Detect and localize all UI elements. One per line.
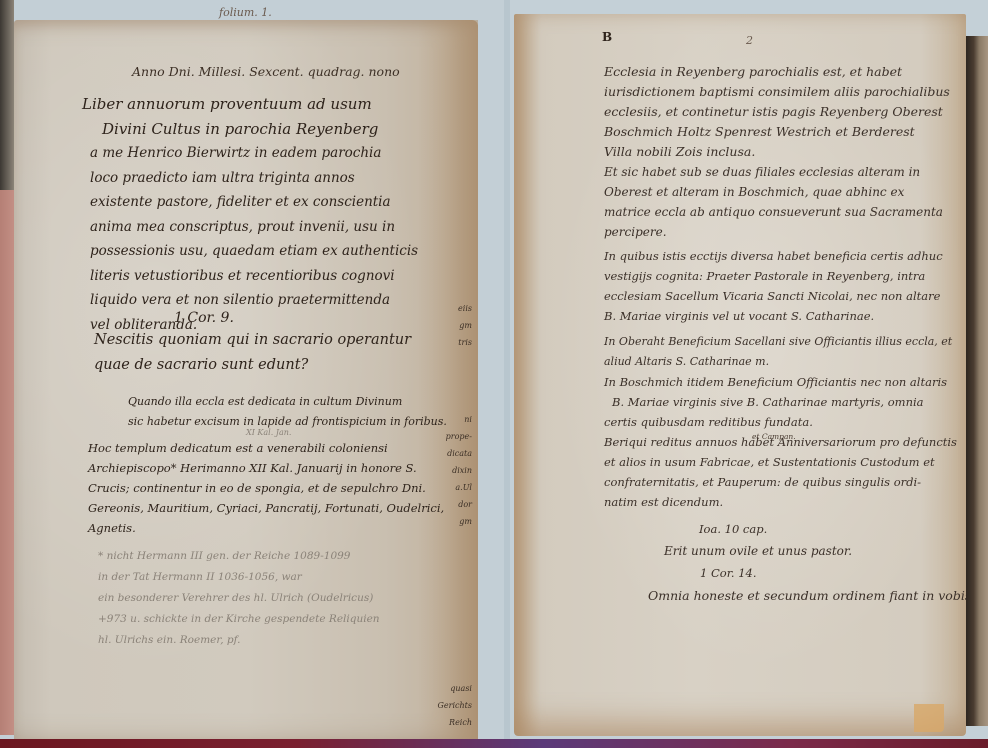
text-line: Divini Cultus in parochia Reyenberg — [102, 117, 418, 142]
dedication-paragraph: Hoc templum dedicatum est a venerabili c… — [88, 438, 444, 538]
corner-stain — [914, 704, 944, 732]
interlinear-insertion: XI Kal. Jan. — [246, 428, 291, 437]
intro-paragraph: Liber annuorum proventuum ad usum Divini… — [82, 92, 418, 337]
margin-fragment: ni prope- — [436, 411, 472, 445]
text-line: In Oberaht Beneficium Sacellani sive Off… — [604, 332, 952, 352]
text-line: possessionis usu, quaedam etiam ex authe… — [90, 239, 418, 264]
ink-mark: B — [602, 30, 612, 44]
text-line: Agnetis. — [88, 518, 444, 538]
scripture-quote-2: Omnia honeste et secundum ordinem fiant … — [648, 588, 975, 603]
parish-paragraph: Ecclesia in Reyenberg parochialis est, e… — [604, 62, 950, 162]
text-line: ein besonderer Verehrer des hl. Ulrich (… — [98, 588, 380, 609]
text-line: ecclesiam Sacellum Vicaria Sancti Nicola… — [604, 286, 943, 306]
text-line: Liber annuorum proventuum ad usum — [82, 92, 418, 117]
text-line: existente pastore, fideliter et ex consc… — [90, 190, 418, 215]
text-line: In Boschmich itidem Beneficium Officiant… — [604, 372, 947, 392]
citation-cor-9: 1 Cor. 9. — [174, 310, 234, 326]
book-spine — [966, 36, 988, 726]
pencil-annotation: * nicht Hermann III gen. der Reiche 1089… — [98, 546, 380, 651]
margin-fragment: eiis — [436, 300, 472, 317]
benefices-paragraph: In quibus istis ecctijs diversa habet be… — [604, 246, 943, 326]
text-line: vestigijs cognita: Praeter Pastorale in … — [604, 266, 943, 286]
text-line: Oberest et alteram in Boschmich, quae ab… — [604, 182, 943, 202]
date-heading: Anno Dni. Millesi. Sexcent. quadrag. non… — [132, 64, 400, 79]
text-line: ecclesiis, et continetur istis pagis Rey… — [604, 102, 950, 122]
text-line: aliud Altaris S. Catharinae m. — [604, 352, 952, 372]
margin-fragment: Gerichts — [436, 697, 472, 714]
text-line: confraternitatis, et Pauperum: de quibus… — [604, 472, 957, 492]
text-line: In quibus istis ecctijs diversa habet be… — [604, 246, 943, 266]
anniversary-paragraph: Beriqui reditus annuos habet Anniversari… — [604, 432, 957, 512]
text-line: et alios in usum Fabricae, et Sustentati… — [604, 452, 957, 472]
text-line: Hoc templum dedicatum est a venerabili c… — [88, 438, 444, 458]
margin-fragment: dixin — [436, 462, 472, 479]
scripture-quote-1: Erit unum ovile et unus pastor. — [664, 544, 852, 558]
background-fabric-strip — [0, 739, 988, 748]
text-line: Quando illa eccla est dedicata in cultum… — [128, 392, 447, 412]
text-line: natim est dicendum. — [604, 492, 957, 512]
manuscript-page-left: folium. 1. Anno Dni. Millesi. Sexcent. q… — [14, 20, 478, 740]
text-line: certis quibusdam reditibus fundata. — [604, 412, 947, 432]
text-line: Archiepiscopo* Herimanno XII Kal. Januar… — [88, 458, 444, 478]
text-line: B. Mariae virginis sive B. Catharinae ma… — [612, 392, 947, 412]
margin-fragments: eiis gm tris ni prope- dicata dixin a.Ul… — [436, 300, 472, 731]
folio-number: 2 — [746, 34, 753, 47]
folio-number: folium. 1. — [219, 6, 272, 19]
text-line: Boschmich Holtz Spenrest Westrich et Ber… — [604, 122, 950, 142]
citation-cor-14: 1 Cor. 14. — [700, 566, 757, 580]
margin-fragment: Reich — [436, 714, 472, 731]
text-line: Nescitis quoniam qui in sacrario operant… — [94, 328, 411, 353]
text-line: in der Tat Hermann II 1036-1056, war — [98, 567, 380, 588]
manuscript-page-right: B 2 Ecclesia in Reyenberg parochialis es… — [514, 14, 966, 736]
text-line: Crucis; continentur in eo de spongia, et… — [88, 478, 444, 498]
text-line: Villa nobili Zois inclusa. — [604, 142, 950, 162]
text-line: B. Mariae virginis vel ut vocant S. Cath… — [604, 306, 943, 326]
text-line: +973 u. schickte in der Kirche gespendet… — [98, 609, 380, 630]
margin-fragment: dor — [436, 496, 472, 513]
text-line: Ecclesia in Reyenberg parochialis est, e… — [604, 62, 950, 82]
book-edge — [0, 0, 14, 200]
text-line: matrice eccla ab antiquo consueverunt su… — [604, 202, 943, 222]
left-photo-panel: folium. 1. Anno Dni. Millesi. Sexcent. q… — [0, 0, 504, 740]
text-line: Beriqui reditus annuos habet Anniversari… — [604, 432, 957, 452]
text-line: hl. Ulrichs ein. Roemer, pf. — [98, 630, 380, 651]
text-line: percipere. — [604, 222, 943, 242]
boschmich-paragraph: In Boschmich itidem Beneficium Officiant… — [604, 372, 947, 432]
text-line: * nicht Hermann III gen. der Reiche 1089… — [98, 546, 380, 567]
margin-fragment: tris — [436, 334, 472, 351]
margin-fragment: gm — [436, 513, 472, 530]
text-line: Et sic habet sub se duas filiales eccles… — [604, 162, 943, 182]
citation-john-10: Ioa. 10 cap. — [699, 522, 767, 536]
text-line: anima mea conscriptus, prout invenii, us… — [90, 215, 418, 240]
filial-churches-paragraph: Et sic habet sub se duas filiales eccles… — [604, 162, 943, 242]
dedication-inscription-note: Quando illa eccla est dedicata in cultum… — [128, 392, 447, 432]
margin-fragment: quasi — [436, 680, 472, 697]
text-line: Gereonis, Mauritium, Cyriaci, Pancratij,… — [88, 498, 444, 518]
right-photo-panel: B 2 Ecclesia in Reyenberg parochialis es… — [510, 0, 988, 740]
oberest-paragraph: In Oberaht Beneficium Sacellani sive Off… — [604, 332, 952, 372]
text-line: loco praedicto iam ultra triginta annos — [90, 166, 418, 191]
text-line: liquido vera et non silentio praetermitt… — [90, 288, 418, 313]
text-line: iurisdictionem baptismi consimilem aliis… — [604, 82, 950, 102]
margin-fragment: a.Ul — [436, 479, 472, 496]
margin-fragment: gm — [436, 317, 472, 334]
text-line: a me Henrico Bierwirtz in eadem parochia — [90, 141, 418, 166]
scripture-quote: Nescitis quoniam qui in sacrario operant… — [94, 328, 411, 377]
margin-fragment: dicata — [436, 445, 472, 462]
text-line: literis vetustioribus et recentioribus c… — [90, 264, 418, 289]
text-line: quae de sacrario sunt edunt? — [94, 353, 411, 378]
